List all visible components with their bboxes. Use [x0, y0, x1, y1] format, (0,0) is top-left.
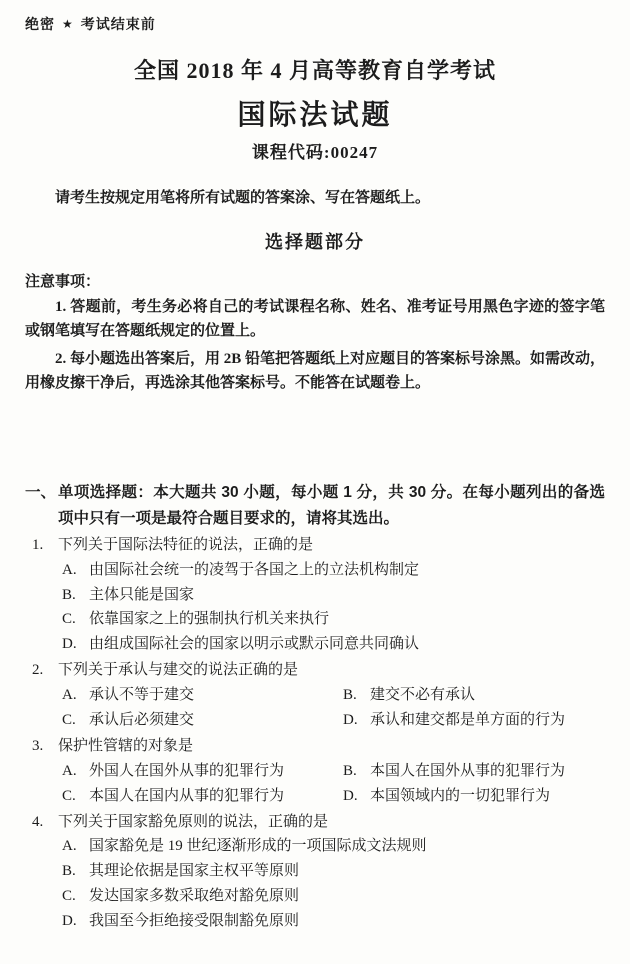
option-c: C.本国人在国内从事的犯罪行为 [62, 784, 343, 809]
option-d: D.我国至今拒绝接受限制豁免原则 [62, 909, 605, 934]
option-label: D. [62, 909, 89, 934]
question-2-options: A.承认不等于建交 B.建交不必有承认 C.承认后必须建交 D.承认和建交都是单… [62, 683, 605, 733]
option-label: D. [343, 784, 370, 809]
option-label: B. [343, 759, 370, 784]
option-label: C. [62, 784, 89, 809]
question-4-options: A.国家豁免是 19 世纪逐渐形成的一项国际成文法规则 B.其理论依据是国家主权… [62, 834, 605, 934]
option-label: C. [62, 607, 89, 632]
question-4-stem-row: 4. 下列关于国家豁免原则的说法，正确的是 [25, 810, 605, 835]
option-label: C. [62, 884, 89, 909]
option-b: B.建交不必有承认 [343, 683, 605, 708]
option-text: 本国领域内的一切犯罪行为 [370, 784, 605, 809]
question-2: 2. 下列关于承认与建交的说法正确的是 A.承认不等于建交 B.建交不必有承认 … [25, 658, 605, 733]
question-4: 4. 下列关于国家豁免原则的说法，正确的是 A.国家豁免是 19 世纪逐渐形成的… [25, 810, 605, 934]
option-label: D. [343, 708, 370, 733]
option-d: D.承认和建交都是单方面的行为 [343, 708, 605, 733]
option-a: A.由国际社会统一的凌驾于各国之上的立法机构制定 [62, 558, 605, 583]
option-text: 依靠国家之上的强制执行机关来执行 [89, 607, 605, 632]
security-banner: 绝密★考试结束前 [25, 14, 605, 34]
question-stem: 下列关于国际法特征的说法，正确的是 [58, 533, 605, 558]
paper-title: 国际法试题 [25, 93, 605, 133]
answer-sheet-instruction: 请考生按规定用笔将所有试题的答案涂、写在答题纸上。 [25, 187, 605, 210]
option-text: 本国人在国内从事的犯罪行为 [89, 784, 343, 809]
note-item-1: 1. 答题前，考生务必将自己的考试课程名称、姓名、准考证号用黑色字迹的签字笔或钢… [25, 295, 605, 344]
question-stem: 保护性管辖的对象是 [58, 734, 605, 759]
classification-label: 绝密 [25, 16, 55, 32]
question-1-options: A.由国际社会统一的凌驾于各国之上的立法机构制定 B.主体只能是国家 C.依靠国… [62, 558, 605, 658]
option-text: 发达国家多数采取绝对豁免原则 [89, 884, 605, 909]
option-b: B.主体只能是国家 [62, 583, 605, 608]
option-text: 建交不必有承认 [370, 683, 605, 708]
option-text: 其理论依据是国家主权平等原则 [89, 859, 605, 884]
option-text: 主体只能是国家 [89, 583, 605, 608]
part-one-text: 单项选择题：本大题共 30 小题，每小题 1 分，共 30 分。在每小题列出的备… [58, 480, 605, 532]
option-label: A. [62, 834, 89, 859]
question-3-stem-row: 3. 保护性管辖的对象是 [25, 734, 605, 759]
question-3-options: A.外国人在国外从事的犯罪行为 B.本国人在国外从事的犯罪行为 C.本国人在国内… [62, 759, 605, 809]
course-code: 课程代码:00247 [25, 138, 605, 163]
notes-title: 注意事项： [25, 270, 605, 291]
option-c: C.承认后必须建交 [62, 708, 343, 733]
star-icon: ★ [62, 17, 74, 31]
option-text: 国家豁免是 19 世纪逐渐形成的一项国际成文法规则 [89, 834, 605, 859]
question-number: 1. [32, 533, 58, 558]
option-text: 由组成国际社会的国家以明示或默示同意共同确认 [89, 632, 605, 657]
option-d: D.本国领域内的一切犯罪行为 [343, 784, 605, 809]
option-b: B.本国人在国外从事的犯罪行为 [343, 759, 605, 784]
option-c: C.发达国家多数采取绝对豁免原则 [62, 884, 605, 909]
question-number: 3. [32, 734, 58, 759]
section-title: 选择题部分 [25, 228, 605, 254]
option-label: B. [343, 683, 370, 708]
part-one-heading: 一、 单项选择题：本大题共 30 小题，每小题 1 分，共 30 分。在每小题列… [25, 480, 605, 532]
option-c: C.依靠国家之上的强制执行机关来执行 [62, 607, 605, 632]
exam-paper: 绝密★考试结束前 全国 2018 年 4 月高等教育自学考试 国际法试题 课程代… [0, 0, 630, 964]
option-text: 承认后必须建交 [89, 708, 343, 733]
exam-session-title: 全国 2018 年 4 月高等教育自学考试 [25, 54, 605, 85]
option-text: 承认和建交都是单方面的行为 [370, 708, 605, 733]
option-label: B. [62, 583, 89, 608]
option-text: 由国际社会统一的凌驾于各国之上的立法机构制定 [89, 558, 605, 583]
option-label: D. [62, 632, 89, 657]
option-label: B. [62, 859, 89, 884]
note-item-2: 2. 每小题选出答案后，用 2B 铅笔把答题纸上对应题目的答案标号涂黑。如需改动… [25, 347, 605, 396]
option-d: D.由组成国际社会的国家以明示或默示同意共同确认 [62, 632, 605, 657]
option-text: 外国人在国外从事的犯罪行为 [89, 759, 343, 784]
question-stem: 下列关于承认与建交的说法正确的是 [58, 658, 605, 683]
option-text: 我国至今拒绝接受限制豁免原则 [89, 909, 605, 934]
question-number: 4. [32, 810, 58, 835]
question-stem: 下列关于国家豁免原则的说法，正确的是 [58, 810, 605, 835]
option-label: A. [62, 558, 89, 583]
option-label: A. [62, 683, 89, 708]
option-text: 承认不等于建交 [89, 683, 343, 708]
option-a: A.国家豁免是 19 世纪逐渐形成的一项国际成文法规则 [62, 834, 605, 859]
question-3: 3. 保护性管辖的对象是 A.外国人在国外从事的犯罪行为 B.本国人在国外从事的… [25, 734, 605, 809]
option-a: A.外国人在国外从事的犯罪行为 [62, 759, 343, 784]
question-number: 2. [32, 658, 58, 683]
option-a: A.承认不等于建交 [62, 683, 343, 708]
question-2-stem-row: 2. 下列关于承认与建交的说法正确的是 [25, 658, 605, 683]
option-label: C. [62, 708, 89, 733]
option-label: A. [62, 759, 89, 784]
part-one-marker: 一、 [25, 480, 58, 532]
option-b: B.其理论依据是国家主权平等原则 [62, 859, 605, 884]
question-1: 1. 下列关于国际法特征的说法，正确的是 A.由国际社会统一的凌驾于各国之上的立… [25, 533, 605, 657]
exam-timing-label: 考试结束前 [81, 16, 156, 32]
question-1-stem-row: 1. 下列关于国际法特征的说法，正确的是 [25, 533, 605, 558]
option-text: 本国人在国外从事的犯罪行为 [370, 759, 605, 784]
